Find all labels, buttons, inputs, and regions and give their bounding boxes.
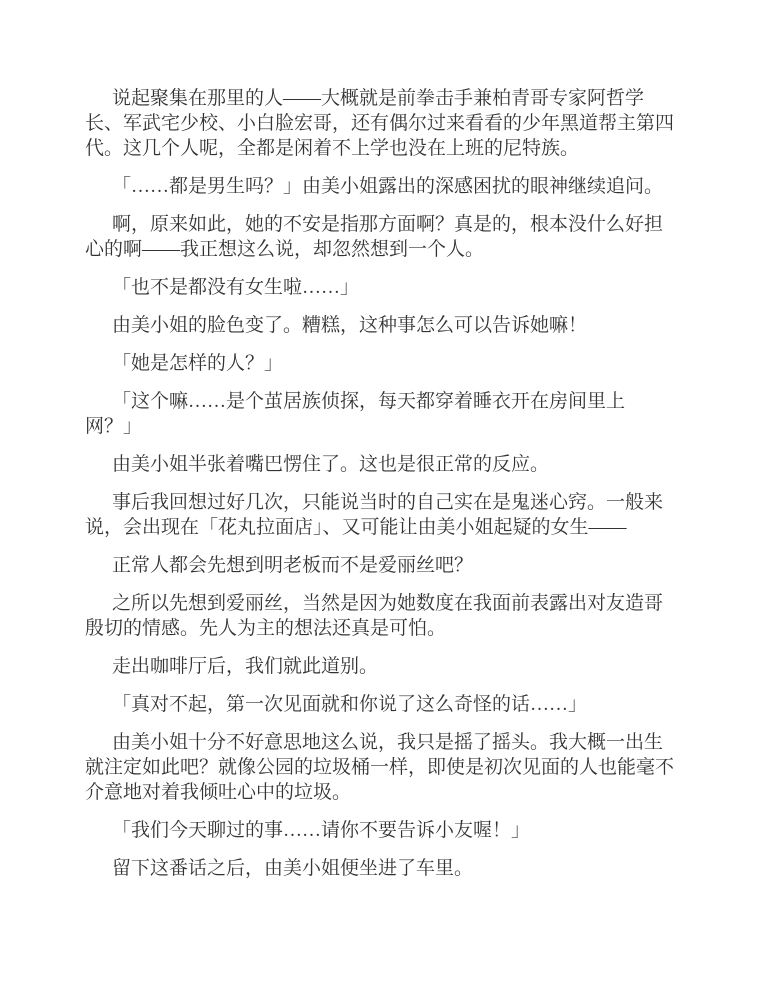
paragraph-line: 事后我回想过好几次，只能说当时的自己实在是鬼迷心窍。一般来 xyxy=(85,490,710,515)
paragraph-line: 殷切的情感。先人为主的想法还真是可怕。 xyxy=(85,616,710,641)
paragraph: 由美小姐十分不好意思地这么说，我只是摇了摇头。我大概一出生就注定如此吧？就像公园… xyxy=(85,730,710,805)
paragraph: 「我们今天聊过的事……请你不要告诉小友喔！」 xyxy=(85,818,710,843)
paragraph-line: 「真对不起，第一次见面就和你说了这么奇怪的话……」 xyxy=(85,692,710,717)
paragraph: 由美小姐半张着嘴巴愣住了。这也是很正常的反应。 xyxy=(85,452,710,477)
paragraph: 之所以先想到爱丽丝，当然是因为她数度在我面前表露出对友造哥殷切的情感。先人为主的… xyxy=(85,591,710,641)
paragraph-line: 「也不是都没有女生啦……」 xyxy=(85,275,710,300)
document-page: 说起聚集在那里的人——大概就是前拳击手兼柏青哥专家阿哲学长、军武宅少校、小白脸宏… xyxy=(0,0,765,990)
paragraph-line: 代。这几个人呢，全都是闲着不上学也没在上班的尼特族。 xyxy=(85,136,710,161)
paragraph-line: 「她是怎样的人？」 xyxy=(85,351,710,376)
paragraph-line: 留下这番话之后，由美小姐便坐进了车里。 xyxy=(85,856,710,881)
paragraph-line: 介意地对着我倾吐心中的垃圾。 xyxy=(85,780,710,805)
paragraph: 啊，原来如此，她的不安是指那方面啊？真是的，根本没什么好担心的啊——我正想这么说… xyxy=(85,212,710,262)
paragraph-line: 「我们今天聊过的事……请你不要告诉小友喔！」 xyxy=(85,818,710,843)
paragraph-line: 由美小姐的脸色变了。糟糕，这种事怎么可以告诉她嘛！ xyxy=(85,313,710,338)
paragraph: 说起聚集在那里的人——大概就是前拳击手兼柏青哥专家阿哲学长、军武宅少校、小白脸宏… xyxy=(85,86,710,161)
paragraph-line: 就注定如此吧？就像公园的垃圾桶一样，即使是初次见面的人也能毫不 xyxy=(85,755,710,780)
paragraph: 事后我回想过好几次，只能说当时的自己实在是鬼迷心窍。一般来说，会出现在「花丸拉面… xyxy=(85,490,710,540)
paragraph-line: 啊，原来如此，她的不安是指那方面啊？真是的，根本没什么好担 xyxy=(85,212,710,237)
paragraph-line: 正常人都会先想到明老板而不是爱丽丝吧？ xyxy=(85,553,710,578)
paragraph: 由美小姐的脸色变了。糟糕，这种事怎么可以告诉她嘛！ xyxy=(85,313,710,338)
paragraph-line: 说起聚集在那里的人——大概就是前拳击手兼柏青哥专家阿哲学 xyxy=(85,86,710,111)
paragraph-line: 「……都是男生吗？」由美小姐露出的深感困扰的眼神继续追问。 xyxy=(85,174,710,199)
paragraph: 「……都是男生吗？」由美小姐露出的深感困扰的眼神继续追问。 xyxy=(85,174,710,199)
paragraph: 「这个嘛……是个茧居族侦探，每天都穿着睡衣开在房间里上网？」 xyxy=(85,389,710,439)
paragraph-line: 说，会出现在「花丸拉面店」、又可能让由美小姐起疑的女生—— xyxy=(85,515,710,540)
paragraph: 「她是怎样的人？」 xyxy=(85,351,710,376)
paragraph-line: 「这个嘛……是个茧居族侦探，每天都穿着睡衣开在房间里上 xyxy=(85,389,710,414)
paragraph-line: 由美小姐半张着嘴巴愣住了。这也是很正常的反应。 xyxy=(85,452,710,477)
paragraph: 「真对不起，第一次见面就和你说了这么奇怪的话……」 xyxy=(85,692,710,717)
paragraph-line: 由美小姐十分不好意思地这么说，我只是摇了摇头。我大概一出生 xyxy=(85,730,710,755)
paragraph-line: 之所以先想到爱丽丝，当然是因为她数度在我面前表露出对友造哥 xyxy=(85,591,710,616)
paragraph-line: 走出咖啡厅后，我们就此道别。 xyxy=(85,654,710,679)
paragraph: 走出咖啡厅后，我们就此道别。 xyxy=(85,654,710,679)
paragraph: 「也不是都没有女生啦……」 xyxy=(85,275,710,300)
paragraph: 正常人都会先想到明老板而不是爱丽丝吧？ xyxy=(85,553,710,578)
text-column: 说起聚集在那里的人——大概就是前拳击手兼柏青哥专家阿哲学长、军武宅少校、小白脸宏… xyxy=(85,86,710,894)
paragraph-line: 心的啊——我正想这么说，却忽然想到一个人。 xyxy=(85,237,710,262)
paragraph-line: 网？」 xyxy=(85,414,710,439)
paragraph-line: 长、军武宅少校、小白脸宏哥，还有偶尔过来看看的少年黑道帮主第四 xyxy=(85,111,710,136)
paragraph: 留下这番话之后，由美小姐便坐进了车里。 xyxy=(85,856,710,881)
